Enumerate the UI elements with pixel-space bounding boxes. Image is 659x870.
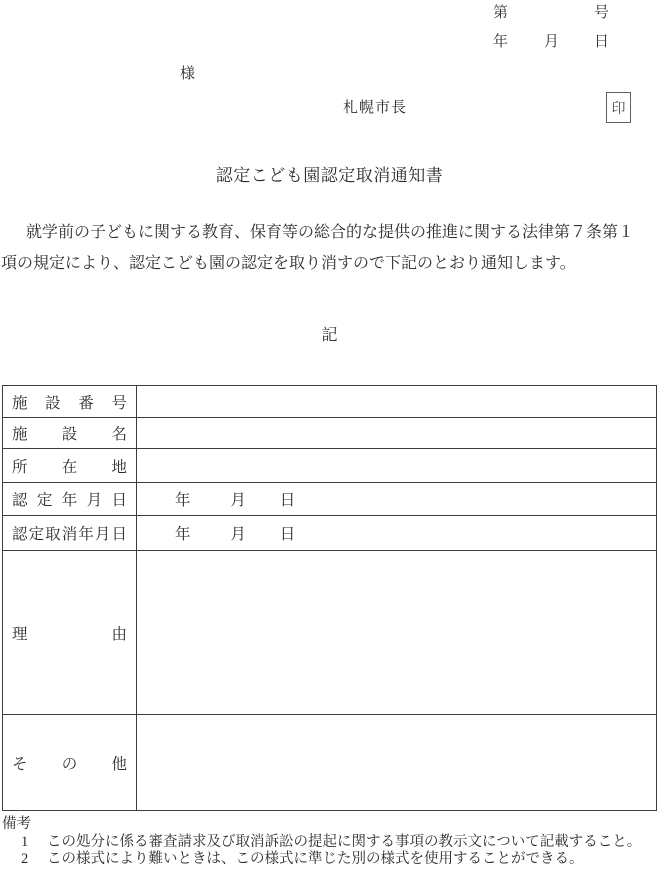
document-page: 第 号 年 月 日 様 札幌市長 印 認定こども園認定取消通知書 就学前の子ども…	[0, 0, 659, 870]
reason-label: 理由	[3, 551, 137, 715]
other-label: その他	[3, 715, 137, 811]
record-marker: 記	[0, 322, 659, 345]
header-date-day: 日	[594, 30, 609, 51]
facility-name-label: 施設名	[3, 418, 137, 449]
notes-section: 備考 1この処分に係る審査請求及び取消訴訟の提起に関する事項の教示文について記載…	[2, 816, 657, 869]
other-value	[137, 715, 657, 811]
cancel-date-year: 年	[175, 522, 191, 544]
body-line-2: 項の規定により、認定こども園の認定を取り消すので下記のとおり通知します。	[1, 248, 653, 279]
table-row: 認定取消年月日 年 月 日	[3, 516, 657, 551]
certification-date-label: 認定年月日	[3, 483, 137, 516]
note-item: 1この処分に係る審査請求及び取消訴訟の提起に関する事項の教示文について記載するこ…	[2, 834, 657, 852]
table-row: 所在地	[3, 449, 657, 483]
note-text: この様式により難いときは、この様式に準じた別の様式を使用することができる。	[47, 851, 584, 867]
table-row: 認定年月日 年 月 日	[3, 483, 657, 516]
cert-date-day: 日	[280, 488, 296, 510]
cancel-date-day: 日	[280, 522, 296, 544]
addressee-honorific: 様	[180, 62, 195, 83]
body-line-1: 就学前の子どもに関する教育、保育等の総合的な提供の推進に関する法律第７条第１	[1, 217, 653, 248]
cert-date-month: 月	[230, 488, 246, 510]
table-row: 理由	[3, 551, 657, 715]
note-item: 2この様式により難いときは、この様式に準じた別の様式を使用することができる。	[2, 851, 657, 869]
doc-number-suffix: 号	[594, 1, 609, 22]
issuer-name: 札幌市長	[343, 96, 407, 117]
doc-number-prefix: 第	[493, 1, 508, 22]
header-date-year: 年	[493, 30, 508, 51]
location-label: 所在地	[3, 449, 137, 483]
cert-date-year: 年	[175, 488, 191, 510]
header-date-month: 月	[544, 30, 559, 51]
seal-box: 印	[606, 92, 631, 123]
facility-name-value	[137, 418, 657, 449]
form-table: 施設番号 施設名 所在地 認定年月日 年 月 日 認定取消年月日 年 月 日	[2, 385, 657, 811]
table-row: 施設名	[3, 418, 657, 449]
seal-mark: 印	[612, 98, 626, 118]
cancellation-date-label: 認定取消年月日	[3, 516, 137, 551]
location-value	[137, 449, 657, 483]
table-row: 施設番号	[3, 386, 657, 418]
facility-number-label: 施設番号	[3, 386, 137, 418]
cancel-date-month: 月	[230, 522, 246, 544]
certification-date-value: 年 月 日	[137, 483, 657, 516]
body-paragraph: 就学前の子どもに関する教育、保育等の総合的な提供の推進に関する法律第７条第１ 項…	[1, 217, 653, 279]
reason-value	[137, 551, 657, 715]
note-number: 2	[21, 851, 47, 869]
table-row: その他	[3, 715, 657, 811]
notes-heading: 備考	[2, 816, 657, 834]
cancellation-date-value: 年 月 日	[137, 516, 657, 551]
document-title: 認定こども園認定取消通知書	[0, 161, 659, 186]
note-number: 1	[21, 834, 47, 852]
facility-number-value	[137, 386, 657, 418]
note-text: この処分に係る審査請求及び取消訴訟の提起に関する事項の教示文について記載すること…	[47, 834, 641, 850]
